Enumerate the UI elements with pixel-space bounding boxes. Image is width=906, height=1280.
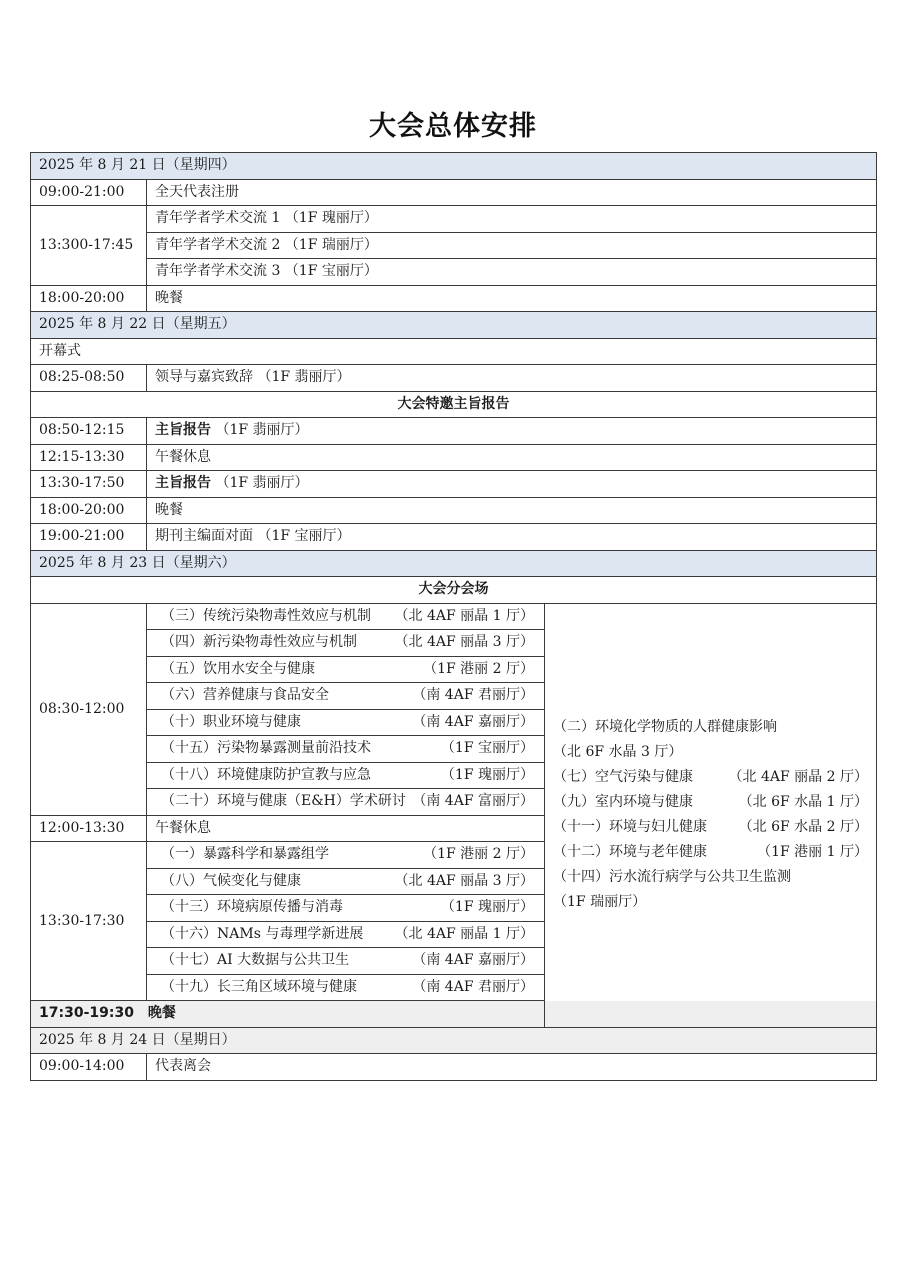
event-cell: 晚餐 <box>147 285 877 312</box>
event-room: （1F 翡丽厅） <box>215 475 308 491</box>
session-room: （1F 瑞丽厅） <box>553 890 646 915</box>
table-row: 青年学者学术交流 2 （1F 瑞丽厅） <box>31 232 877 259</box>
opening-label: 开幕式 <box>31 338 877 365</box>
session-room: （北 6F 水晶 1 厅） <box>739 790 868 815</box>
session-cell: （一）暴露科学和暴露组学（1F 港丽 2 厅） <box>147 842 545 869</box>
dinner-row: 17:30-19:30 晚餐 <box>31 1001 877 1028</box>
event-cell: 午餐休息 <box>147 444 877 471</box>
keynote-heading: 大会特邀主旨报告 <box>31 391 877 418</box>
session-name: （十七）AI 大数据与公共卫生 <box>155 948 349 973</box>
all-day-session-line: （二）环境化学物质的人群健康影响 <box>553 715 868 740</box>
session-name: （十四）污水流行病学与公共卫生监测 <box>553 865 791 890</box>
event-cell: 全天代表注册 <box>147 179 877 206</box>
session-name: （十五）污染物暴露测量前沿技术 <box>155 736 371 761</box>
table-row: 开幕式 <box>31 338 877 365</box>
session-name: （十）职业环境与健康 <box>155 710 301 735</box>
session-name: （四）新污染物毒性效应与机制 <box>155 630 357 655</box>
session-cell: （五）饮用水安全与健康（1F 港丽 2 厅） <box>147 656 545 683</box>
event-title: 主旨报告 <box>155 422 211 438</box>
session-cell: （十八）环境健康防护宣教与应急（1F 瑰丽厅） <box>147 762 545 789</box>
event-cell: 期刊主编面对面 （1F 宝丽厅） <box>147 524 877 551</box>
time-cell: 08:30-12:00 <box>31 603 147 815</box>
sessions-heading: 大会分会场 <box>31 577 877 604</box>
all-day-session-line: （七）空气污染与健康（北 4AF 丽晶 2 厅） <box>553 765 868 790</box>
time-cell: 13:300-17:45 <box>31 206 147 286</box>
all-day-session-line: （九）室内环境与健康（北 6F 水晶 1 厅） <box>553 790 868 815</box>
date-label: 2025 年 8 月 23 日（星期六） <box>31 550 877 577</box>
table-row: 13:300-17:45 青年学者学术交流 1 （1F 瑰丽厅） <box>31 206 877 233</box>
section-heading-row: 大会特邀主旨报告 <box>31 391 877 418</box>
table-row: 09:00-14:00 代表离会 <box>31 1054 877 1081</box>
date-label: 2025 年 8 月 22 日（星期五） <box>31 312 877 339</box>
table-row: 18:00-20:00 晚餐 <box>31 285 877 312</box>
session-cell: （四）新污染物毒性效应与机制（北 4AF 丽晶 3 厅） <box>147 630 545 657</box>
schedule-table: 2025 年 8 月 21 日（星期四） 09:00-21:00 全天代表注册 … <box>30 152 877 1081</box>
table-row: 19:00-21:00 期刊主编面对面 （1F 宝丽厅） <box>31 524 877 551</box>
session-room: （1F 港丽 1 厅） <box>757 840 868 865</box>
session-name: （九）室内环境与健康 <box>553 790 693 815</box>
time-cell: 13:30-17:30 <box>31 842 147 1001</box>
all-day-session-line: （北 6F 水晶 3 厅） <box>553 740 868 765</box>
session-room: （1F 宝丽厅） <box>441 736 536 761</box>
session-room: （1F 港丽 2 厅） <box>423 842 536 867</box>
time-cell: 18:00-20:00 <box>31 497 147 524</box>
event-cell: 午餐休息 <box>147 815 545 842</box>
time-cell: 12:00-13:30 <box>31 815 147 842</box>
session-cell: （十九）长三角区域环境与健康（南 4AF 君丽厅） <box>147 974 545 1001</box>
all-day-session-line: （十四）污水流行病学与公共卫生监测 <box>553 865 868 890</box>
time-cell: 09:00-14:00 <box>31 1054 147 1081</box>
table-row: 08:25-08:50 领导与嘉宾致辞 （1F 翡丽厅） <box>31 365 877 392</box>
table-row: 青年学者学术交流 3 （1F 宝丽厅） <box>31 259 877 286</box>
session-cell: （十三）环境病原传播与消毒（1F 瑰丽厅） <box>147 895 545 922</box>
event-cell: 主旨报告 （1F 翡丽厅） <box>147 471 877 498</box>
time-cell: 18:00-20:00 <box>31 285 147 312</box>
date-label: 2025 年 8 月 24 日（星期日） <box>31 1027 877 1054</box>
event-cell: 青年学者学术交流 3 （1F 宝丽厅） <box>147 259 877 286</box>
session-name: （十九）长三角区域环境与健康 <box>155 975 357 1000</box>
table-row: 13:30-17:50 主旨报告 （1F 翡丽厅） <box>31 471 877 498</box>
session-room: （1F 瑰丽厅） <box>441 763 536 788</box>
date-row-aug21: 2025 年 8 月 21 日（星期四） <box>31 153 877 180</box>
session-cell: （十五）污染物暴露测量前沿技术（1F 宝丽厅） <box>147 736 545 763</box>
session-name: （二十）环境与健康（E&H）学术研讨 <box>155 789 406 814</box>
session-room: （北 4AF 丽晶 1 厅） <box>395 922 536 947</box>
date-row-aug22: 2025 年 8 月 22 日（星期五） <box>31 312 877 339</box>
session-room: （1F 瑰丽厅） <box>441 895 536 920</box>
table-row: 12:15-13:30 午餐休息 <box>31 444 877 471</box>
session-name: （十八）环境健康防护宣教与应急 <box>155 763 371 788</box>
event-cell: 代表离会 <box>147 1054 877 1081</box>
event-cell: 晚餐 <box>147 497 877 524</box>
session-room: （北 4AF 丽晶 3 厅） <box>395 869 536 894</box>
event-cell: 领导与嘉宾致辞 （1F 翡丽厅） <box>147 365 877 392</box>
session-cell: （六）营养健康与食品安全（南 4AF 君丽厅） <box>147 683 545 710</box>
session-row: 08:30-12:00 （三）传统污染物毒性效应与机制（北 4AF 丽晶 1 厅… <box>31 603 877 630</box>
session-name: （一）暴露科学和暴露组学 <box>155 842 329 867</box>
session-room: （北 4AF 丽晶 3 厅） <box>395 630 536 655</box>
event-cell: 青年学者学术交流 2 （1F 瑞丽厅） <box>147 232 877 259</box>
session-room: （北 4AF 丽晶 2 厅） <box>729 765 868 790</box>
session-room: （南 4AF 君丽厅） <box>412 683 536 708</box>
table-row: 09:00-21:00 全天代表注册 <box>31 179 877 206</box>
session-name: （三）传统污染物毒性效应与机制 <box>155 604 371 629</box>
session-name: （五）饮用水安全与健康 <box>155 657 315 682</box>
session-room: （南 4AF 君丽厅） <box>412 975 536 1000</box>
session-cell: （十）职业环境与健康（南 4AF 嘉丽厅） <box>147 709 545 736</box>
event-cell: 青年学者学术交流 1 （1F 瑰丽厅） <box>147 206 877 233</box>
session-name: （八）气候变化与健康 <box>155 869 301 894</box>
session-cell: （二十）环境与健康（E&H）学术研讨（南 4AF 富丽厅） <box>147 789 545 816</box>
page-title: 大会总体安排 <box>0 104 906 143</box>
time-cell: 09:00-21:00 <box>31 179 147 206</box>
session-name: （十三）环境病原传播与消毒 <box>155 895 343 920</box>
session-cell: （三）传统污染物毒性效应与机制（北 4AF 丽晶 1 厅） <box>147 603 545 630</box>
date-label: 2025 年 8 月 21 日（星期四） <box>31 153 877 180</box>
time-cell: 08:25-08:50 <box>31 365 147 392</box>
event-title: 主旨报告 <box>155 475 211 491</box>
time-cell: 12:15-13:30 <box>31 444 147 471</box>
session-cell: （十六）NAMs 与毒理学新进展（北 4AF 丽晶 1 厅） <box>147 921 545 948</box>
table-row: 08:50-12:15 主旨报告 （1F 翡丽厅） <box>31 418 877 445</box>
event-cell: 主旨报告 （1F 翡丽厅） <box>147 418 877 445</box>
session-name: （七）空气污染与健康 <box>553 765 693 790</box>
date-row-aug24: 2025 年 8 月 24 日（星期日） <box>31 1027 877 1054</box>
session-room: （南 4AF 嘉丽厅） <box>412 710 536 735</box>
session-name: （十一）环境与妇儿健康 <box>553 815 707 840</box>
section-heading-row: 大会分会场 <box>31 577 877 604</box>
table-row: 18:00-20:00 晚餐 <box>31 497 877 524</box>
session-cell: （十七）AI 大数据与公共卫生（南 4AF 嘉丽厅） <box>147 948 545 975</box>
session-room: （北 6F 水晶 2 厅） <box>739 815 868 840</box>
event-room: （1F 翡丽厅） <box>215 422 308 438</box>
time-cell: 19:00-21:00 <box>31 524 147 551</box>
date-row-aug23: 2025 年 8 月 23 日（星期六） <box>31 550 877 577</box>
time-cell: 08:50-12:15 <box>31 418 147 445</box>
session-name: （十六）NAMs 与毒理学新进展 <box>155 922 363 947</box>
session-room: （北 6F 水晶 3 厅） <box>553 740 682 765</box>
session-name: （十二）环境与老年健康 <box>553 840 707 865</box>
session-name: （六）营养健康与食品安全 <box>155 683 329 708</box>
session-room: （1F 港丽 2 厅） <box>423 657 536 682</box>
session-room: （南 4AF 富丽厅） <box>412 789 536 814</box>
all-day-session-line: （十一）环境与妇儿健康（北 6F 水晶 2 厅） <box>553 815 868 840</box>
session-cell: （八）气候变化与健康（北 4AF 丽晶 3 厅） <box>147 868 545 895</box>
session-room: （北 4AF 丽晶 1 厅） <box>395 604 536 629</box>
all-day-session-line: （十二）环境与老年健康（1F 港丽 1 厅） <box>553 840 868 865</box>
all-day-sessions-cell: （二）环境化学物质的人群健康影响 （北 6F 水晶 3 厅） （七）空气污染与健… <box>545 603 877 1027</box>
session-name: （二）环境化学物质的人群健康影响 <box>553 715 777 740</box>
all-day-session-line: （1F 瑞丽厅） <box>553 890 868 915</box>
session-room: （南 4AF 嘉丽厅） <box>412 948 536 973</box>
time-cell: 13:30-17:50 <box>31 471 147 498</box>
dinner-cell: 17:30-19:30 晚餐 <box>31 1001 877 1028</box>
